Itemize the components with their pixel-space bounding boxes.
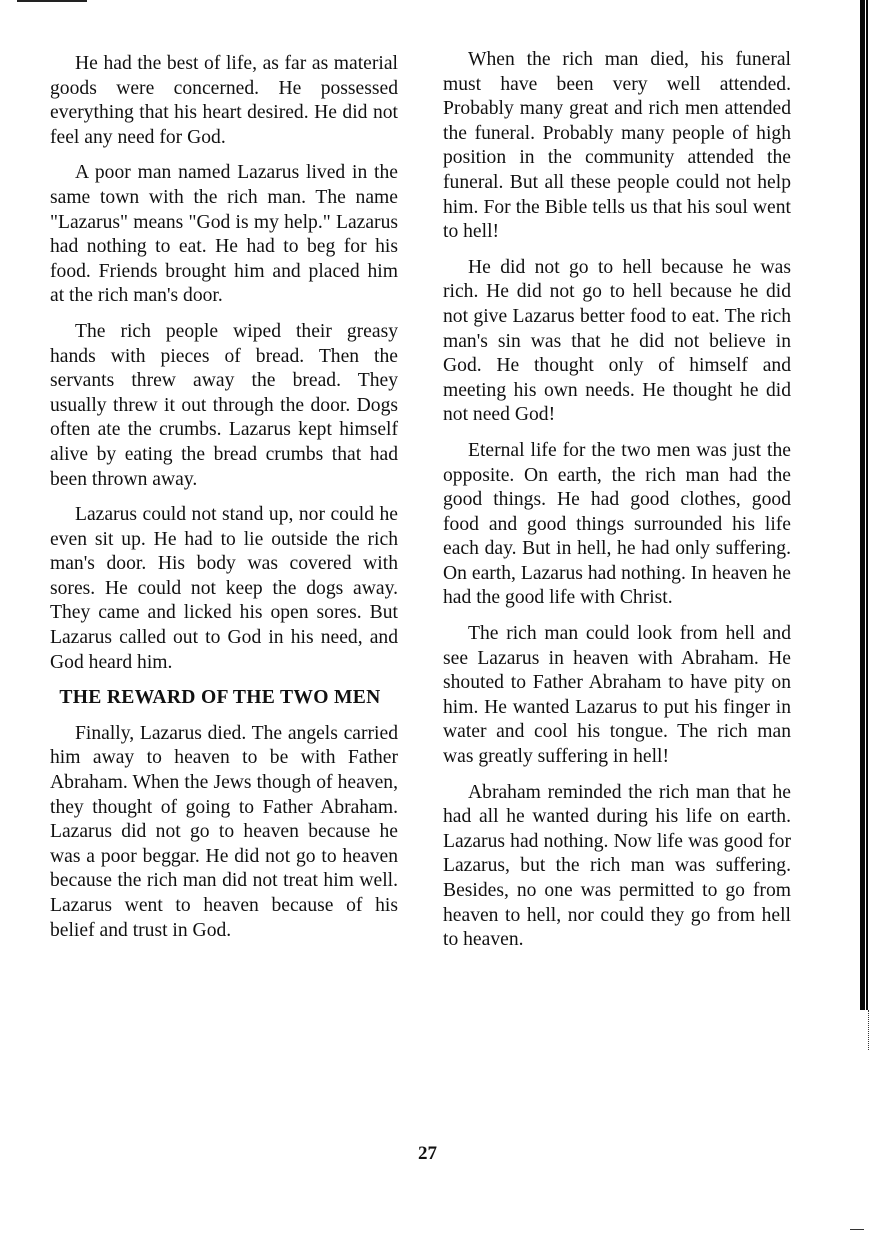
paragraph: The rich man could look from hell and se… <box>443 622 791 770</box>
paragraph: Lazarus could not stand up, nor could he… <box>50 503 398 675</box>
paragraph: He did not go to hell because he was ric… <box>443 256 791 428</box>
paragraph: The rich people wiped their greasy hands… <box>50 320 398 492</box>
paragraph: A poor man named Lazarus lived in the sa… <box>50 161 398 309</box>
scan-binding-edge <box>860 0 865 1010</box>
paragraph: Finally, Lazarus died. The angels carrie… <box>50 722 398 943</box>
page-number: 27 <box>418 1143 437 1165</box>
scan-binding-edge-thin <box>866 0 868 1010</box>
paragraph: When the rich man died, his funeral must… <box>443 48 791 245</box>
paragraph: Eternal life for the two men was just th… <box>443 439 791 611</box>
section-heading: THE REWARD OF THE TWO MEN <box>50 686 398 711</box>
scan-top-rule <box>17 0 87 2</box>
scan-corner-mark <box>850 1229 864 1230</box>
right-column: When the rich man died, his funeral must… <box>443 48 791 964</box>
left-column: He had the best of life, as far as mater… <box>50 52 398 954</box>
scan-edge-dots <box>868 1010 870 1050</box>
paragraph: Abraham reminded the rich man that he ha… <box>443 781 791 953</box>
paragraph: He had the best of life, as far as mater… <box>50 52 398 150</box>
